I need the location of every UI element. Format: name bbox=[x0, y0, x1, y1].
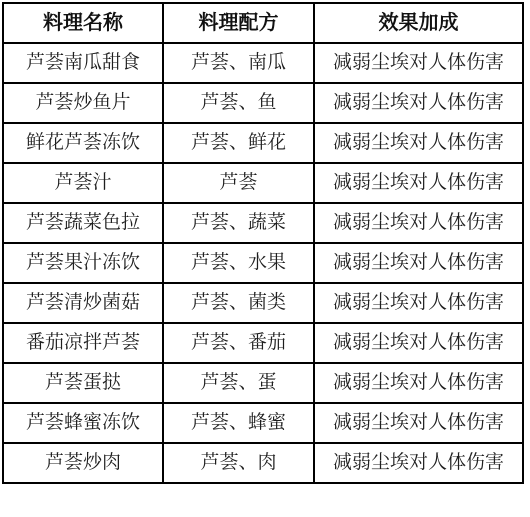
dish-name-cell: 鲜花芦荟冻饮 bbox=[3, 123, 163, 163]
table-row: 芦荟蛋挞 芦荟、蛋 减弱尘埃对人体伤害 bbox=[3, 363, 523, 403]
effect-cell: 减弱尘埃对人体伤害 bbox=[314, 163, 523, 203]
effect-cell: 减弱尘埃对人体伤害 bbox=[314, 83, 523, 123]
table-row: 芦荟蔬菜色拉 芦荟、蔬菜 减弱尘埃对人体伤害 bbox=[3, 203, 523, 243]
recipe-cell: 芦荟 bbox=[163, 163, 314, 203]
table-row: 芦荟蜂蜜冻饮 芦荟、蜂蜜 减弱尘埃对人体伤害 bbox=[3, 403, 523, 443]
recipe-cell: 芦荟、水果 bbox=[163, 243, 314, 283]
recipe-cell: 芦荟、蜂蜜 bbox=[163, 403, 314, 443]
effect-cell: 减弱尘埃对人体伤害 bbox=[314, 363, 523, 403]
effect-cell: 减弱尘埃对人体伤害 bbox=[314, 283, 523, 323]
recipe-cell: 芦荟、鲜花 bbox=[163, 123, 314, 163]
header-row: 料理名称 料理配方 效果加成 bbox=[3, 3, 523, 43]
recipe-cell: 芦荟、番茄 bbox=[163, 323, 314, 363]
table-row: 芦荟炒鱼片 芦荟、鱼 减弱尘埃对人体伤害 bbox=[3, 83, 523, 123]
effect-cell: 减弱尘埃对人体伤害 bbox=[314, 43, 523, 83]
page: 料理名称 料理配方 效果加成 芦荟南瓜甜食 芦荟、南瓜 减弱尘埃对人体伤害 芦荟… bbox=[0, 0, 530, 517]
effect-cell: 减弱尘埃对人体伤害 bbox=[314, 323, 523, 363]
table-row: 芦荟汁 芦荟 减弱尘埃对人体伤害 bbox=[3, 163, 523, 203]
dish-name-cell: 芦荟蔬菜色拉 bbox=[3, 203, 163, 243]
dish-name-cell: 芦荟炒肉 bbox=[3, 443, 163, 483]
dish-name-cell: 芦荟南瓜甜食 bbox=[3, 43, 163, 83]
table-row: 鲜花芦荟冻饮 芦荟、鲜花 减弱尘埃对人体伤害 bbox=[3, 123, 523, 163]
table-row: 芦荟果汁冻饮 芦荟、水果 减弱尘埃对人体伤害 bbox=[3, 243, 523, 283]
recipe-cell: 芦荟、鱼 bbox=[163, 83, 314, 123]
column-header-dish-name: 料理名称 bbox=[3, 3, 163, 43]
table-row: 芦荟炒肉 芦荟、肉 减弱尘埃对人体伤害 bbox=[3, 443, 523, 483]
dish-name-cell: 番茄凉拌芦荟 bbox=[3, 323, 163, 363]
effect-cell: 减弱尘埃对人体伤害 bbox=[314, 443, 523, 483]
effect-cell: 减弱尘埃对人体伤害 bbox=[314, 403, 523, 443]
effect-cell: 减弱尘埃对人体伤害 bbox=[314, 123, 523, 163]
dish-name-cell: 芦荟果汁冻饮 bbox=[3, 243, 163, 283]
dish-name-cell: 芦荟炒鱼片 bbox=[3, 83, 163, 123]
recipe-cell: 芦荟、肉 bbox=[163, 443, 314, 483]
table-row: 芦荟清炒菌菇 芦荟、菌类 减弱尘埃对人体伤害 bbox=[3, 283, 523, 323]
dish-name-cell: 芦荟清炒菌菇 bbox=[3, 283, 163, 323]
table-row: 芦荟南瓜甜食 芦荟、南瓜 减弱尘埃对人体伤害 bbox=[3, 43, 523, 83]
recipe-table: 料理名称 料理配方 效果加成 芦荟南瓜甜食 芦荟、南瓜 减弱尘埃对人体伤害 芦荟… bbox=[2, 2, 524, 484]
recipe-cell: 芦荟、蔬菜 bbox=[163, 203, 314, 243]
effect-cell: 减弱尘埃对人体伤害 bbox=[314, 243, 523, 283]
recipe-cell: 芦荟、南瓜 bbox=[163, 43, 314, 83]
dish-name-cell: 芦荟蜂蜜冻饮 bbox=[3, 403, 163, 443]
table-row: 番茄凉拌芦荟 芦荟、番茄 减弱尘埃对人体伤害 bbox=[3, 323, 523, 363]
column-header-recipe: 料理配方 bbox=[163, 3, 314, 43]
column-header-effect: 效果加成 bbox=[314, 3, 523, 43]
dish-name-cell: 芦荟蛋挞 bbox=[3, 363, 163, 403]
recipe-cell: 芦荟、蛋 bbox=[163, 363, 314, 403]
dish-name-cell: 芦荟汁 bbox=[3, 163, 163, 203]
recipe-cell: 芦荟、菌类 bbox=[163, 283, 314, 323]
effect-cell: 减弱尘埃对人体伤害 bbox=[314, 203, 523, 243]
